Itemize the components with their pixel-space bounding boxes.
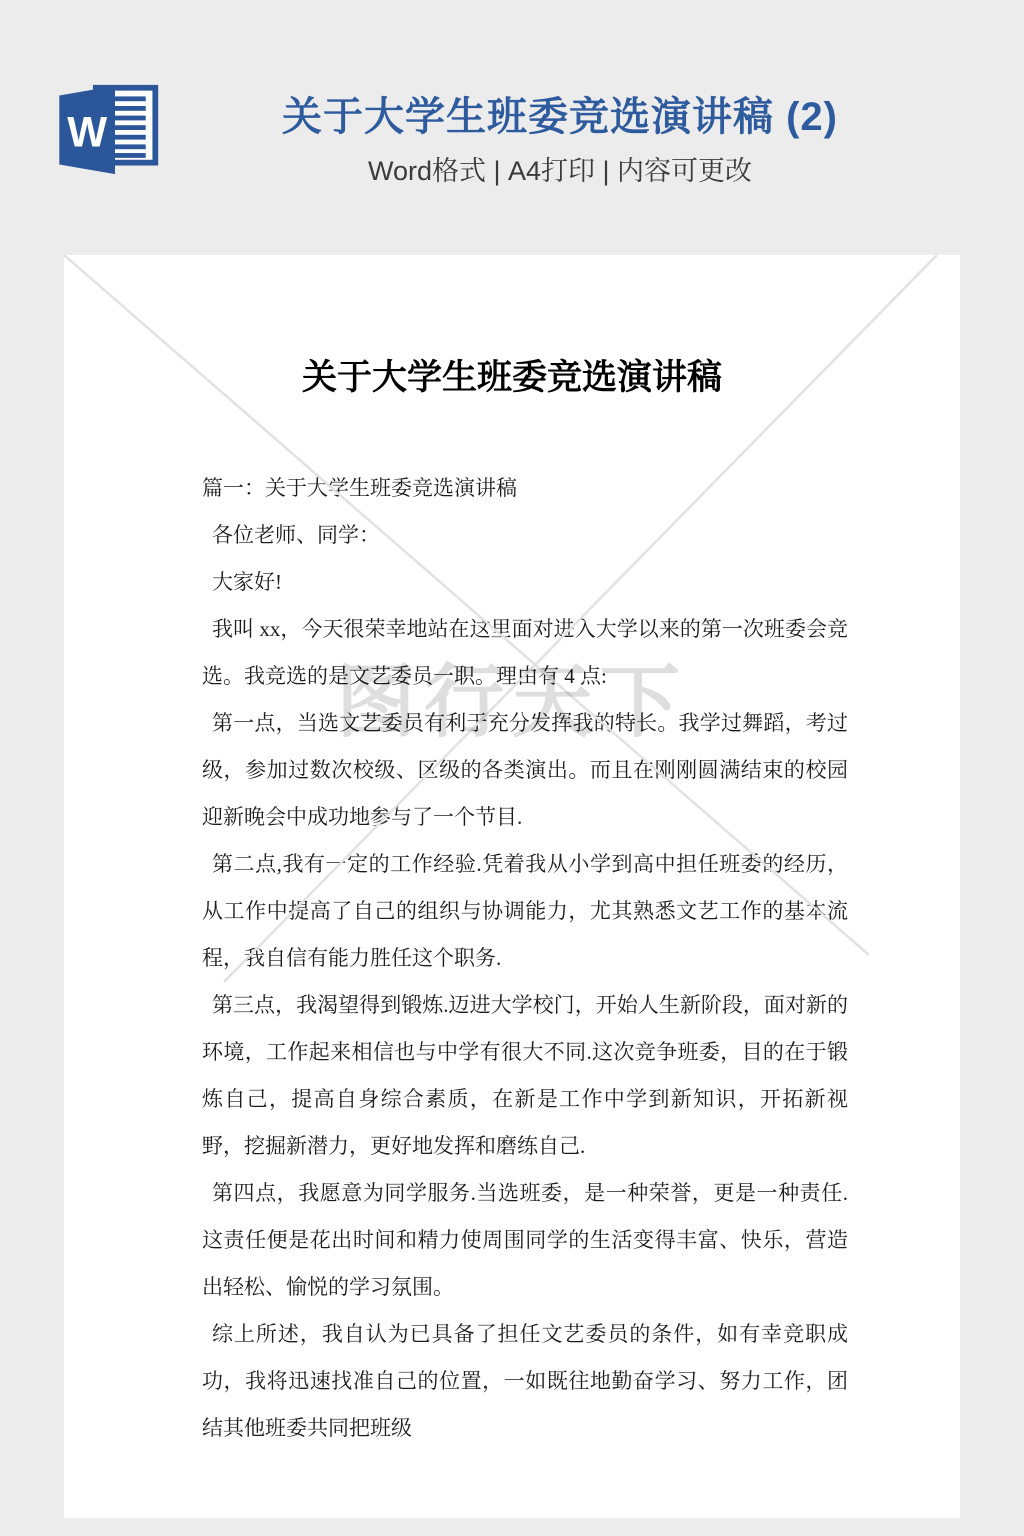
doc-paragraph: 我叫 xx，今天很荣幸地站在这里面对进入大学以来的第一次班委会竞选。我竞选的是文…	[202, 606, 848, 700]
doc-paragraph: 第三点，我渴望得到锻炼.迈进大学校门，开始人生新阶段，面对新的环境，工作起来相信…	[202, 982, 848, 1170]
doc-paragraph: 大家好!	[202, 559, 848, 606]
doc-paragraph: 第四点，我愿意为同学服务.当选班委，是一种荣誉，更是一种责任.这责任便是花出时间…	[202, 1170, 848, 1311]
document-page: 关于大学生班委竞选演讲稿 篇一：关于大学生班委竞选演讲稿 各位老师、同学： 大家…	[64, 255, 960, 1518]
doc-paragraph: 篇一：关于大学生班委竞选演讲稿	[202, 465, 848, 512]
doc-paragraph: 第一点，当选文艺委员有利于充分发挥我的特长。我学过舞蹈，考过级，参加过数次校级、…	[202, 700, 848, 841]
document-title: 关于大学生班委竞选演讲稿	[64, 357, 960, 399]
header: W 关于大学生班委竞选演讲稿 (2) Word格式 | A4打印 | 内容可更改	[0, 0, 1024, 255]
doc-paragraph: 各位老师、同学：	[202, 512, 848, 559]
document-body: 篇一：关于大学生班委竞选演讲稿 各位老师、同学： 大家好! 我叫 xx，今天很荣…	[202, 465, 848, 1452]
doc-paragraph: 综上所述，我自认为已具备了担任文艺委员的条件，如有幸竞职成功，我将迅速找准自己的…	[202, 1311, 848, 1452]
page-subtitle: Word格式 | A4打印 | 内容可更改	[96, 156, 1024, 186]
page-title: 关于大学生班委竞选演讲稿 (2)	[96, 94, 1024, 140]
doc-paragraph: 第二点,我有一定的工作经验.凭着我从小学到高中担任班委的经历，从工作中提高了自己…	[202, 841, 848, 982]
header-text: 关于大学生班委竞选演讲稿 (2) Word格式 | A4打印 | 内容可更改	[96, 94, 1024, 186]
